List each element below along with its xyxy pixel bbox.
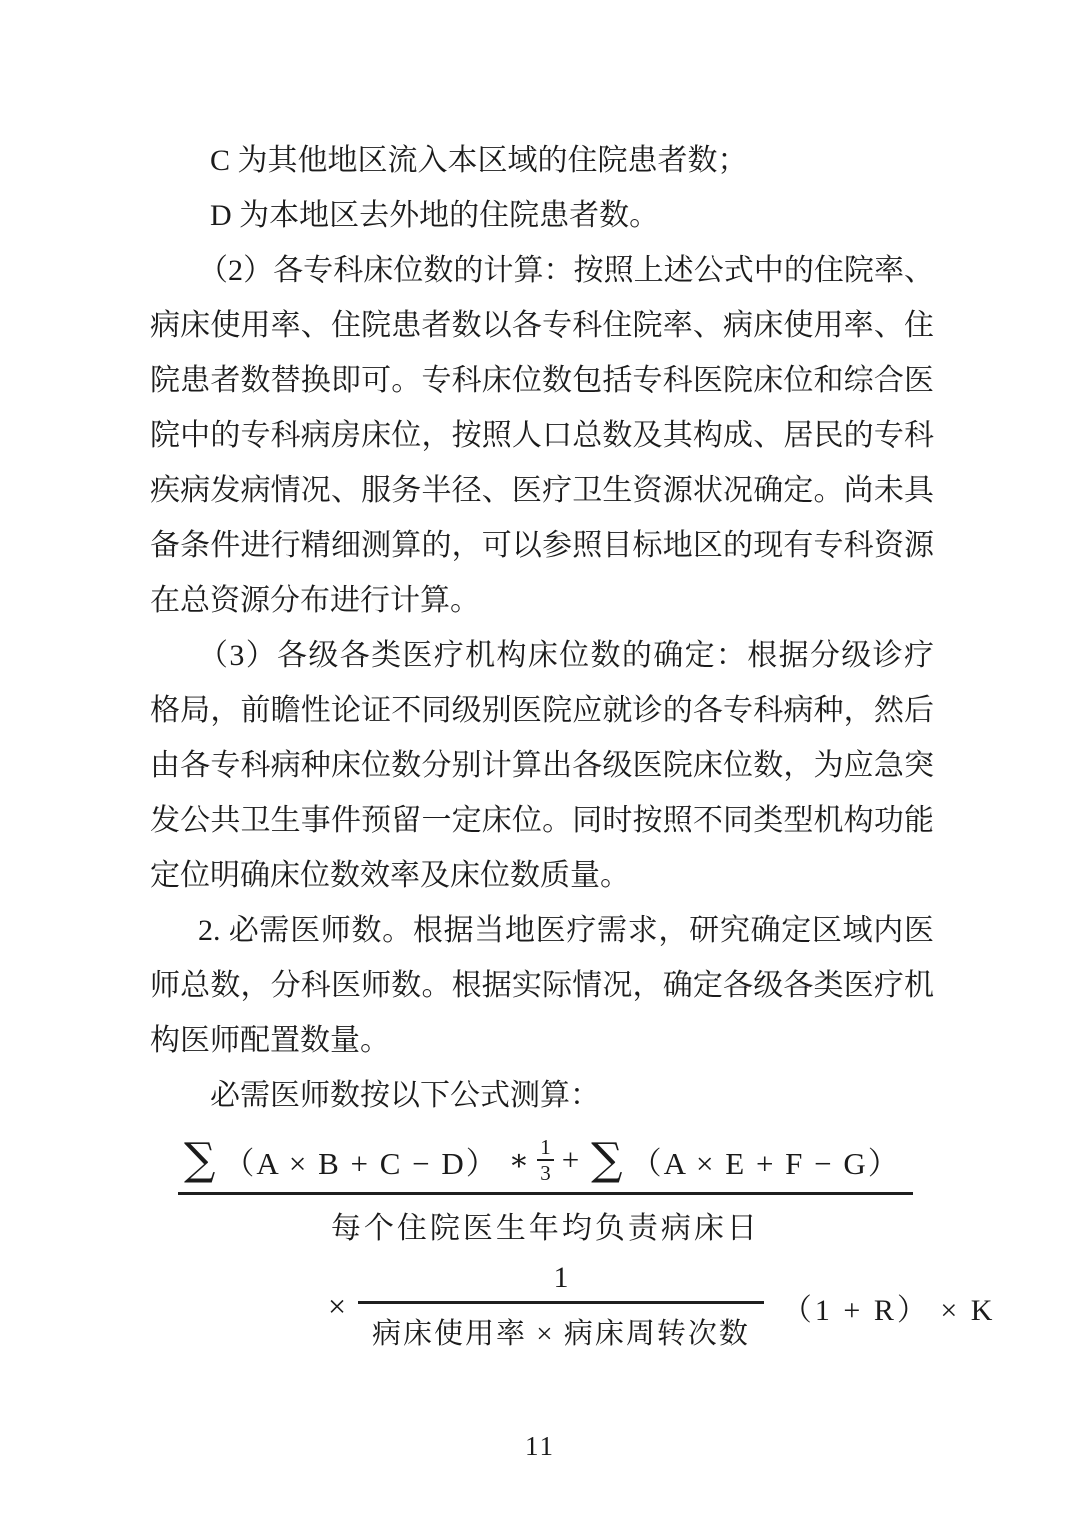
one-third-numerator: 1 [537, 1135, 554, 1159]
text-line-variable-d: D 为本地区去外地的住院患者数。 [150, 188, 934, 243]
text-line-section2-end: 构医师配置数量。 [150, 1013, 934, 1068]
text-line: 院中的专科病房床位，按照人口总数及其构成、居民的专科 [150, 408, 934, 463]
text-line-item2-start: （2）各专科床位数的计算：按照上述公式中的住院率、 [150, 243, 934, 298]
text-line: 格局，前瞻性论证不同级别医院应就诊的各专科病种，然后 [150, 683, 934, 738]
text-line: 备条件进行精细测算的，可以参照目标地区的现有专科资源 [150, 518, 934, 573]
page-number: 11 [0, 1431, 1080, 1462]
plus-operator: + [562, 1142, 581, 1178]
formula-group-abcd: （A × B + C − D） [223, 1138, 498, 1183]
text-line: 疾病发病情况、服务半径、医疗卫生资源状况确定。尚未具 [150, 463, 934, 518]
main-fraction-numerator: ∑ （A × B + C − D） ∗ 1 3 + ∑ （A × E + F −… [178, 1133, 913, 1192]
main-fraction: ∑ （A × B + C − D） ∗ 1 3 + ∑ （A × E + F −… [178, 1133, 913, 1247]
body-text: C 为其他地区流入本区域的住院患者数； D 为本地区去外地的住院患者数。 （2）… [150, 133, 934, 1352]
text-line-section2-start: 2. 必需医师数。根据当地医疗需求，研究确定区域内医 [150, 903, 934, 958]
document-page: C 为其他地区流入本区域的住院患者数； D 为本地区去外地的住院患者数。 （2）… [0, 0, 1080, 1526]
sigma-icon: ∑ [184, 1138, 215, 1182]
text-line: 病床使用率、住院患者数以各专科住院率、病床使用率、住 [150, 298, 934, 353]
text-line-item2-end: 在总资源分布进行计算。 [150, 573, 934, 628]
text-line-variable-c: C 为其他地区流入本区域的住院患者数； [150, 133, 934, 188]
formula-group-aefg: （A × E + F − G） [631, 1138, 901, 1183]
text-line: 由各专科病种床位数分别计算出各级医院床位数，为应急突 [150, 738, 934, 793]
text-line: 院患者数替换即可。专科床位数包括专科医院床位和综合医 [150, 353, 934, 408]
text-line-item3-start: （3）各级各类医疗机构床位数的确定：根据分级诊疗 [150, 628, 934, 683]
one-third-fraction: 1 3 [537, 1135, 554, 1185]
utilization-fraction-numerator: 1 [547, 1261, 574, 1301]
main-fraction-denominator: 每个住院医生年均负责病床日 [331, 1195, 760, 1247]
utilization-fraction-denominator: 病床使用率 × 病床周转次数 [358, 1304, 764, 1352]
multiply-operator: × [328, 1288, 346, 1325]
text-line: 师总数，分科医师数。根据实际情况，确定各级各类医疗机 [150, 958, 934, 1013]
doctors-formula-part2: × 1 病床使用率 × 病床周转次数 （1 + R） × K [328, 1261, 995, 1352]
text-line-item3-end: 定位明确床位数效率及床位数质量。 [150, 848, 934, 903]
text-line-formula-intro: 必需医师数按以下公式测算： [150, 1068, 934, 1123]
formula-tail: （1 + R） × K [782, 1285, 996, 1329]
asterisk-operator: ∗ [509, 1143, 529, 1178]
sigma-icon: ∑ [591, 1138, 622, 1182]
doctors-formula-part1: ∑ （A × B + C − D） ∗ 1 3 + ∑ （A × E + F −… [178, 1133, 913, 1247]
utilization-fraction: 1 病床使用率 × 病床周转次数 [358, 1261, 764, 1352]
one-third-denominator: 3 [537, 1161, 554, 1185]
text-line: 发公共卫生事件预留一定床位。同时按照不同类型机构功能 [150, 793, 934, 848]
